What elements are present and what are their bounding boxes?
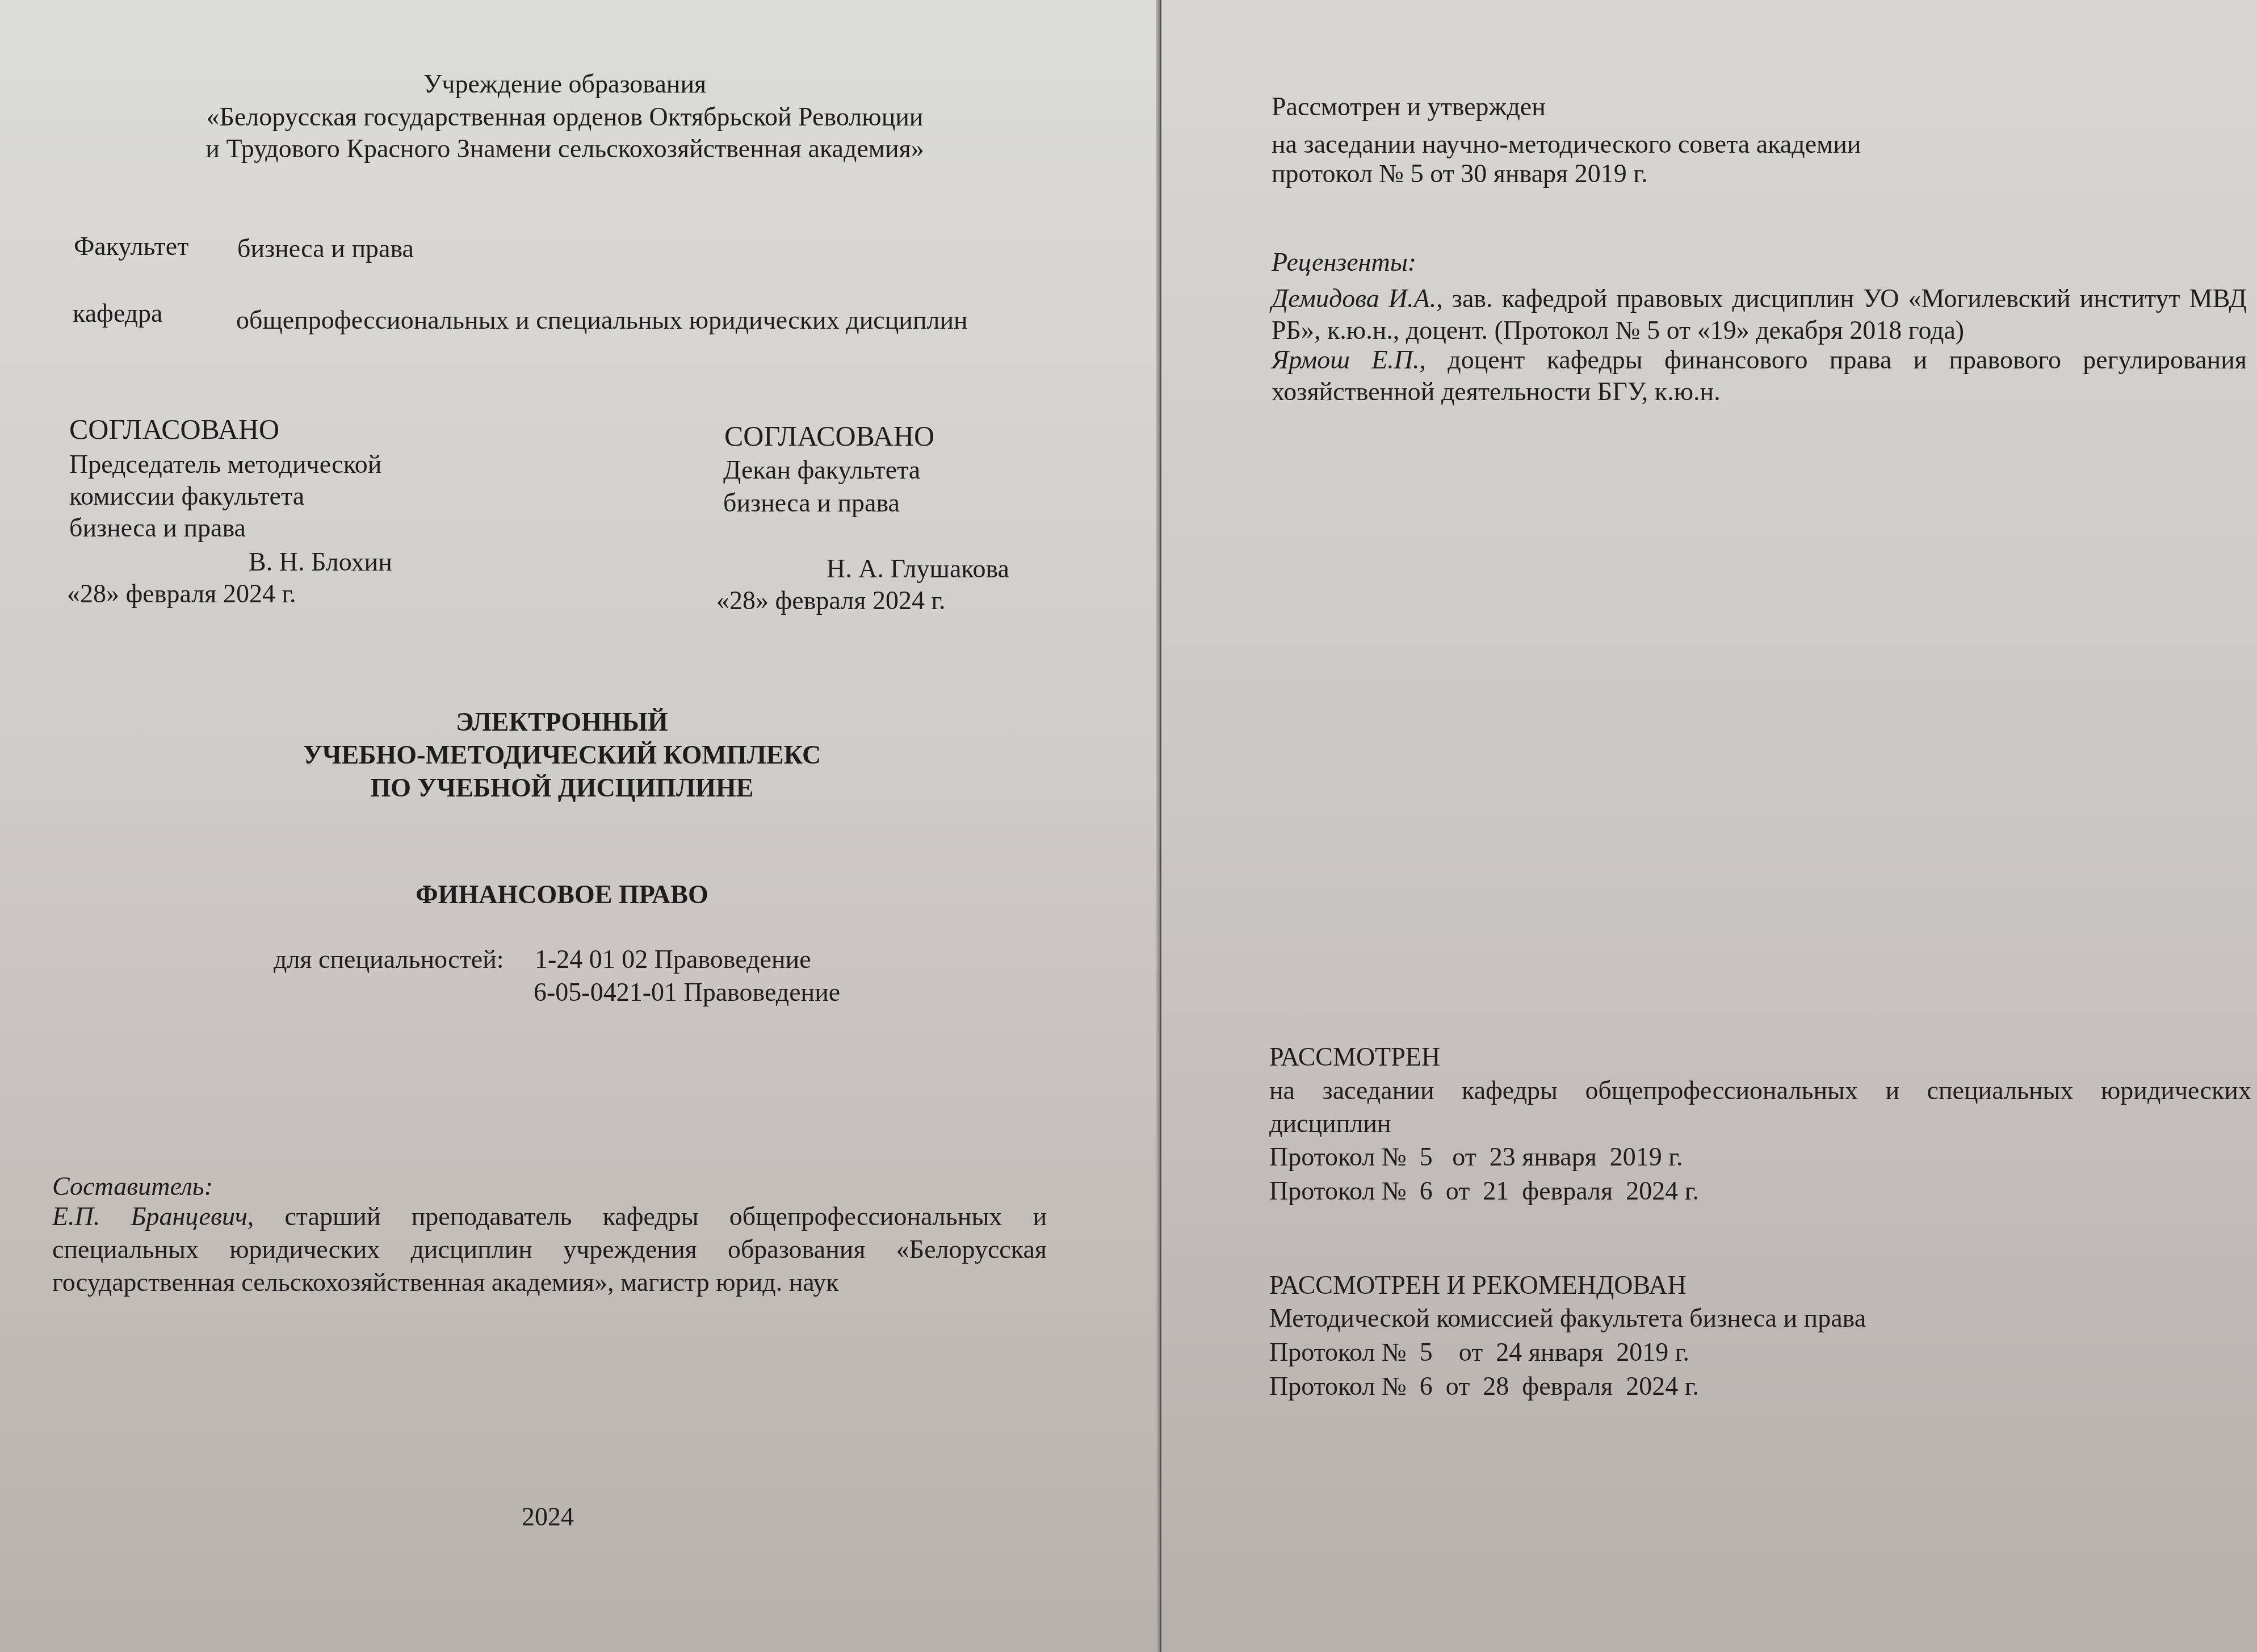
protocol-line: Протокол № 6 от 21 февраля 2024 г. <box>1269 1175 1699 1207</box>
institution-line-3: и Трудового Красного Знамени сельскохозя… <box>0 133 1130 165</box>
approval-date: «28» февраля 2024 г. <box>67 578 296 610</box>
reviewed-heading: РАССМОТРЕН <box>1269 1041 1440 1073</box>
right-page: Рассмотрен и утвержден на заседании науч… <box>1161 0 2257 1652</box>
approval-line: комиссии факультета <box>69 480 304 512</box>
left-page: Учреждение образования «Белорусская госу… <box>0 0 1158 1652</box>
compiler-text: Е.П. Бранцевич, старший преподаватель ка… <box>52 1200 1047 1299</box>
specialty-item: 1-24 01 02 Правоведение <box>535 944 811 975</box>
reviewer-item: Демидова И.А., зав. кафедрой правовых ди… <box>1272 283 2247 346</box>
title-line-1: ЭЛЕКТРОННЫЙ <box>0 706 1124 738</box>
department-value: общепрофессиональных и специальных юриди… <box>236 304 968 336</box>
institution-line-2: «Белорусская государственная орденов Окт… <box>0 101 1130 133</box>
approval-line: Декан факультета <box>723 454 920 486</box>
faculty-value: бизнеса и права <box>237 233 414 265</box>
approver-name: Н. А. Глушакова <box>827 553 1009 585</box>
protocol-line: Протокол № 5 от 23 января 2019 г. <box>1269 1141 1683 1173</box>
reviewers-heading: Рецензенты: <box>1272 246 1416 278</box>
reviewer-item: Ярмош Е.П., доцент кафедры финансового п… <box>1272 344 2247 408</box>
reviewed-text: на заседании кафедры общепрофессиональны… <box>1269 1074 2251 1140</box>
specialty-item: 6-05-0421-01 Правоведение <box>534 976 840 1008</box>
discipline-title: ФИНАНСОВОЕ ПРАВО <box>0 879 1124 911</box>
reviewer-name: Демидова И.А. <box>1272 284 1436 313</box>
protocol-line: Протокол № 5 от 24 января 2019 г. <box>1269 1336 1689 1368</box>
compiler-name: Е.П. Бранцевич <box>52 1202 247 1231</box>
department-label: кафедра <box>73 297 163 329</box>
approval-date: «28» февраля 2024 г. <box>716 585 946 617</box>
compiler-heading: Составитель: <box>52 1171 213 1202</box>
protocol-line: Протокол № 6 от 28 февраля 2024 г. <box>1269 1370 1699 1402</box>
approval-heading: СОГЛАСОВАНО <box>724 420 934 452</box>
approval-line: Председатель методической <box>69 448 381 480</box>
title-line-3: ПО УЧЕБНОЙ ДИСЦИПЛИНЕ <box>0 772 1124 804</box>
year: 2024 <box>0 1501 1096 1533</box>
title-line-2: УЧЕБНО-МЕТОДИЧЕСКИЙ КОМПЛЕКС <box>0 739 1124 771</box>
reviewer-name: Ярмош Е.П. <box>1272 345 1420 374</box>
approval-heading: СОГЛАСОВАНО <box>69 413 279 445</box>
institution-line-1: Учреждение образования <box>0 68 1130 100</box>
approved-line-1: Рассмотрен и утвержден <box>1272 91 1546 123</box>
approved-line-2: на заседании научно-методического совета… <box>1272 128 1861 160</box>
approved-line-3: протокол № 5 от 30 января 2019 г. <box>1272 158 1647 190</box>
reviewed-heading: РАССМОТРЕН И РЕКОМЕНДОВАН <box>1269 1269 1687 1301</box>
reviewed-text: Методической комиссией факультета бизнес… <box>1269 1302 1866 1334</box>
faculty-label: Факультет <box>74 230 188 262</box>
approver-name: В. Н. Блохин <box>249 546 392 578</box>
approval-line: бизнеса и права <box>69 512 246 544</box>
specialties-label: для специальностей: <box>274 944 504 975</box>
approval-line: бизнеса и права <box>723 487 900 519</box>
